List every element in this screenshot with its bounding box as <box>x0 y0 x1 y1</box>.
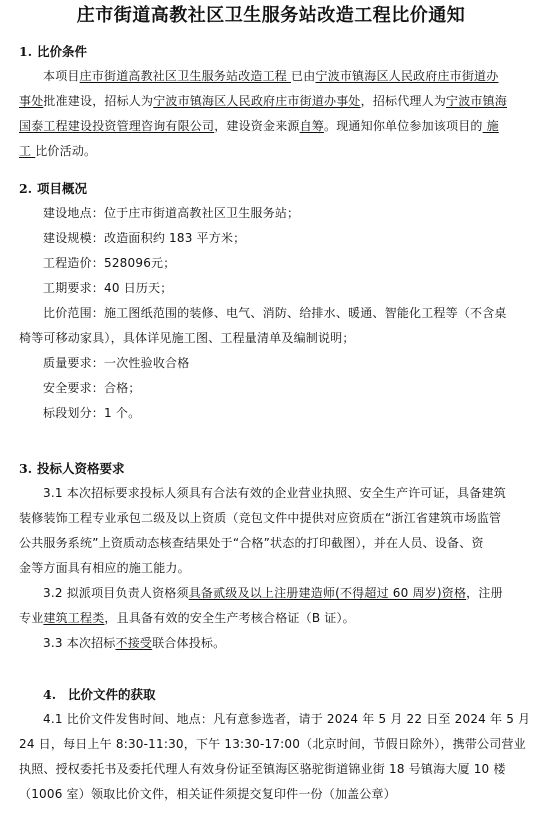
text: 专业 <box>19 611 43 625</box>
item-value: 合格； <box>104 381 141 395</box>
item-label: 质量要求： <box>43 356 104 370</box>
text: 联合体投标。 <box>152 636 225 650</box>
item-label: 安全要求： <box>43 381 104 395</box>
clause-4-1-cont: （1006 室）领取比价文件，相关证件须提交复印件一份（加盖公章） <box>19 782 501 807</box>
fund-source: 自筹 <box>300 119 324 133</box>
item-label: 标段划分： <box>43 406 104 420</box>
section-3-heading: 3.投标人资格要求 <box>19 461 125 477</box>
agent-name-cont: 国泰工程建设投资管理咨询有限公司 <box>19 119 214 133</box>
paragraph-line: 事处批准建设，招标人为宁波市镇海区人民政府庄市街道办事处，招标代理人为宁波市镇海 <box>19 89 501 114</box>
overview-item-duration: 工期要求：40 日历天； <box>19 276 501 301</box>
section-4-heading: 4.比价文件的获取 <box>43 687 156 703</box>
item-value: 40 日历天； <box>104 281 172 295</box>
overview-item-cost: 工程造价：528096元； <box>19 251 501 276</box>
activity-type-cont: 工 <box>19 144 35 158</box>
paragraph-line: 本项目庄市街道高教社区卫生服务站改造工程 已由宁波市镇海区人民政府庄市街道办 <box>19 64 501 89</box>
item-label: 建设规模： <box>43 231 104 245</box>
text: 3.3 本次招标 <box>43 636 116 650</box>
item-value: 施工图纸范围的装修、电气、消防、给排水、暖通、智能化工程等（不含桌 <box>104 306 507 320</box>
section-2-body: 建设地点：位于庄市街道高教社区卫生服务站； 建设规模：改造面积约 183 平方米… <box>19 201 501 426</box>
section-number: 2. <box>19 181 37 197</box>
activity-type: 施 <box>483 119 499 133</box>
item-value: 位于庄市街道高教社区卫生服务站； <box>104 206 299 220</box>
section-number: 1. <box>19 44 37 60</box>
section-number: 3. <box>19 461 37 477</box>
text: ，建设资金来源 <box>214 119 299 133</box>
paragraph-line: 工 比价活动。 <box>19 139 501 164</box>
section-1-heading: 1.比价条件 <box>19 44 87 60</box>
overview-item-location: 建设地点：位于庄市街道高教社区卫生服务站； <box>19 201 501 226</box>
text: 比价活动。 <box>35 144 96 158</box>
section-2-heading: 2.项目概况 <box>19 181 87 197</box>
manager-qualification: 具备贰级及以上注册建造师(不得超过 60 周岁)资格 <box>189 586 466 600</box>
approver-name-cont: 事处 <box>19 94 43 108</box>
text: ，注册 <box>466 586 503 600</box>
clause-3-1-cont: 金等方面具有相应的施工能力。 <box>19 556 501 581</box>
clause-3-1-cont: 公共服务系统”上资质动态核查结果处于“合格”状态的打印截图），并在人员、设备、资 <box>19 531 501 556</box>
section-title: 比价条件 <box>37 44 87 59</box>
clause-4-1: 4.1 比价文件发售时间、地点：凡有意参选者，请于 2024 年 5 月 22 … <box>19 707 501 732</box>
item-label: 工期要求： <box>43 281 104 295</box>
text: 3.2 拟派项目负责人资格须 <box>43 586 189 600</box>
overview-item-scope: 比价范围：施工图纸范围的装修、电气、消防、给排水、暖通、智能化工程等（不含桌 <box>19 301 501 326</box>
item-label: 比价范围： <box>43 306 104 320</box>
item-label: 建设地点： <box>43 206 104 220</box>
clause-4-1-cont: 24 日，每日上午 8:30-11:30，下午 13:30-17:00（北京时间… <box>19 732 501 757</box>
clause-3-1-cont: 装修装饰工程专业承包二级及以上资质（竞包文件中提供对应资质在“浙江省建筑市场监管 <box>19 506 501 531</box>
document-title: 庄市街道高教社区卫生服务站改造工程比价通知 <box>0 4 542 28</box>
item-value: 528096元； <box>104 256 175 270</box>
overview-item-scale: 建设规模：改造面积约 183 平方米； <box>19 226 501 251</box>
project-name: 庄市街道高教社区卫生服务站改造工程 <box>80 69 291 83</box>
text: ，且具备有效的安全生产考核合格证（B 证）。 <box>104 611 354 625</box>
item-value: 改造面积约 183 平方米； <box>104 231 245 245</box>
overview-item-safety: 安全要求：合格； <box>19 376 501 401</box>
tenderer-name: 宁波市镇海区人民政府庄市街道办事处 <box>153 94 360 108</box>
item-label: 工程造价： <box>43 256 104 270</box>
section-title: 投标人资格要求 <box>37 461 125 476</box>
clause-4-1-cont: 执照、授权委托书及委托代理人有效身份证至镇海区骆驼街道锦业街 18 号镇海大厦 … <box>19 757 501 782</box>
text: 本项目 <box>43 69 80 83</box>
section-3-body: 3.1 本次招标要求投标人须具有合法有效的企业营业执照、安全生产许可证，具备建筑… <box>19 481 501 656</box>
clause-3-2: 3.2 拟派项目负责人资格须具备贰级及以上注册建造师(不得超过 60 周岁)资格… <box>19 581 501 606</box>
item-value: 1 个。 <box>104 406 140 420</box>
section-title: 比价文件的获取 <box>68 687 156 702</box>
clause-3-3: 3.3 本次招标不接受联合体投标。 <box>19 631 501 656</box>
item-value: 椅等可移动家具），具体详见施工图、工程量清单及编制说明； <box>19 331 355 345</box>
section-title: 项目概况 <box>37 181 87 196</box>
clause-3-1: 3.1 本次招标要求投标人须具有合法有效的企业营业执照、安全生产许可证，具备建筑 <box>19 481 501 506</box>
registration-major: 建筑工程类 <box>43 611 104 625</box>
text: 批准建设，招标人为 <box>43 94 153 108</box>
overview-item-quality: 质量要求：一次性验收合格 <box>19 351 501 376</box>
text: 已由 <box>291 69 315 83</box>
item-value: 一次性验收合格 <box>104 356 189 370</box>
overview-item-lots: 标段划分：1 个。 <box>19 401 501 426</box>
section-number: 4. <box>43 687 68 703</box>
section-4-body: 4.1 比价文件发售时间、地点：凡有意参选者，请于 2024 年 5 月 22 … <box>19 707 501 807</box>
approver-name: 宁波市镇海区人民政府庄市街道办 <box>315 69 498 83</box>
consortium-policy: 不接受 <box>116 636 153 650</box>
clause-3-2-cont: 专业建筑工程类，且具备有效的安全生产考核合格证（B 证）。 <box>19 606 501 631</box>
document-page: 庄市街道高教社区卫生服务站改造工程比价通知 1.比价条件 本项目庄市街道高教社区… <box>0 0 542 830</box>
overview-item-scope-cont: 椅等可移动家具），具体详见施工图、工程量清单及编制说明； <box>19 326 501 351</box>
text: ，招标代理人为 <box>361 94 446 108</box>
text: 。现通知你单位参加该项目的 <box>324 119 483 133</box>
agent-name: 宁波市镇海 <box>446 94 507 108</box>
section-1-body: 本项目庄市街道高教社区卫生服务站改造工程 已由宁波市镇海区人民政府庄市街道办 事… <box>19 64 501 164</box>
paragraph-line: 国泰工程建设投资管理咨询有限公司，建设资金来源自筹。现通知你单位参加该项目的 施 <box>19 114 501 139</box>
